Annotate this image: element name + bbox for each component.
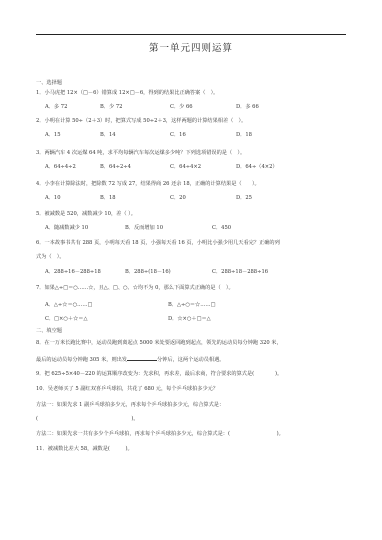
page-title: 第一单元四则运算 <box>0 40 382 54</box>
q6-option-c: C．288÷18－288÷16 <box>212 269 268 276</box>
q1-option-a: A．多 72 <box>45 104 67 111</box>
q8-text-a: 最后的运动员每分钟跑 305 米，则出发 <box>36 357 127 363</box>
question-9: 9．把 625÷5×40－220 的运算顺序改变为：先求积，再求差，最后求商，符… <box>36 371 282 378</box>
question-3: 3．两辆汽车 4 次运煤 64 吨，求平均每辆汽车每次运煤多少吨？下列选项错误的… <box>36 150 245 157</box>
q1-option-c: C．少 66 <box>170 104 193 111</box>
q2-option-c: C．16 <box>170 132 186 139</box>
q8-text-b: 分钟后，这两个运动员相遇。 <box>157 357 224 363</box>
q7-option-d: D．☆×○＋□＝△ <box>168 316 211 323</box>
q5-option-b: B．反而增加 10 <box>125 225 163 232</box>
q3-option-b: B．64÷2÷4 <box>100 164 131 171</box>
q3-option-a: A．64÷4÷2 <box>45 164 76 171</box>
question-11: 11．被减数比差大 58，减数是( )。 <box>36 446 133 453</box>
question-8: 8．在一万米长跑比赛中，运动员跑到离起点 5000 米处要返回跑到起点，领先的运… <box>36 340 282 347</box>
section-heading-choice: 一、选择题 <box>36 80 62 87</box>
q3-option-c: C．64÷4×2 <box>170 164 201 171</box>
question-1: 1．小马虎把 12×（□－6）错算成 12×□－6，得到的结果比正确答案（ ）。 <box>36 90 218 97</box>
q4-option-c: C．20 <box>170 195 186 202</box>
q4-option-d: D．25 <box>236 195 252 202</box>
question-10-method-1-blank: ( )。 <box>36 416 139 423</box>
question-10-method-2: 方法二：如果先求一共有多少个乒乓球拍，再求每个乒乓球拍多少元，综合算式是：( )… <box>36 431 284 438</box>
q2-option-d: D．18 <box>236 132 252 139</box>
question-8-continued: 最后的运动员每分钟跑 305 米，则出发分钟后，这两个运动员相遇。 <box>36 355 224 364</box>
question-5: 5．被减数是 520，减数减少 10，差（ ）。 <box>36 211 136 218</box>
q2-option-a: A．15 <box>45 132 61 139</box>
question-7: 7．如果△÷□＝○……☆，且△、□、○、☆均不为 0，那么下面算式正确的是（ ）… <box>36 285 234 292</box>
q3-option-d: D．64÷（4×2） <box>236 164 278 171</box>
question-2: 2．小明在计算 50÷（2＋3）时，把算式写成 50÷2＋3，这样两题的计算结果… <box>36 118 246 125</box>
question-6: 6．一本故事书共有 288 页，小明每天看 18 页，小强每天看 16 页，小明… <box>36 240 280 247</box>
question-10-method-1: 方法一：如果先求 1 副乒乓球拍多少元，再求每个乒乓球拍多少元，综合算式是： <box>36 402 224 409</box>
q2-option-b: B．14 <box>100 132 116 139</box>
q4-option-b: B．18 <box>100 195 116 202</box>
q5-option-a: A．随减数减少 10 <box>45 225 88 232</box>
header-rule <box>36 34 346 35</box>
document-page: 第一单元四则运算 一、选择题 1．小马虎把 12×（□－6）错算成 12×□－6… <box>0 0 382 540</box>
q8-answer-blank[interactable] <box>127 355 157 361</box>
q1-option-b: B．少 72 <box>100 104 122 111</box>
q4-option-a: A．10 <box>45 195 61 202</box>
q1-option-d: D．多 66 <box>236 104 259 111</box>
q7-option-b: B．△÷○＝☆……□ <box>168 302 216 309</box>
question-6-continued: 式为（ ）。 <box>36 254 65 261</box>
q5-option-c: C．450 <box>212 225 231 232</box>
q7-option-c: C．□×○＋☆＝△ <box>45 316 87 323</box>
q6-option-b: B．288÷(18－16) <box>125 269 171 276</box>
question-4: 4．小李在计算除法时，把除数 72 写成 27，结果得商 26 还余 18，正确… <box>36 181 260 188</box>
question-10: 10．吴老师买了 5 副红双喜乒乓球拍，共花了 680 元，每个乒乓球拍多少元？ <box>36 386 218 393</box>
q7-option-a: A．△÷☆＝○……□ <box>45 302 92 309</box>
section-heading-fill: 二、填空题 <box>36 328 62 335</box>
q6-option-a: A．288÷16－288÷18 <box>45 269 101 276</box>
